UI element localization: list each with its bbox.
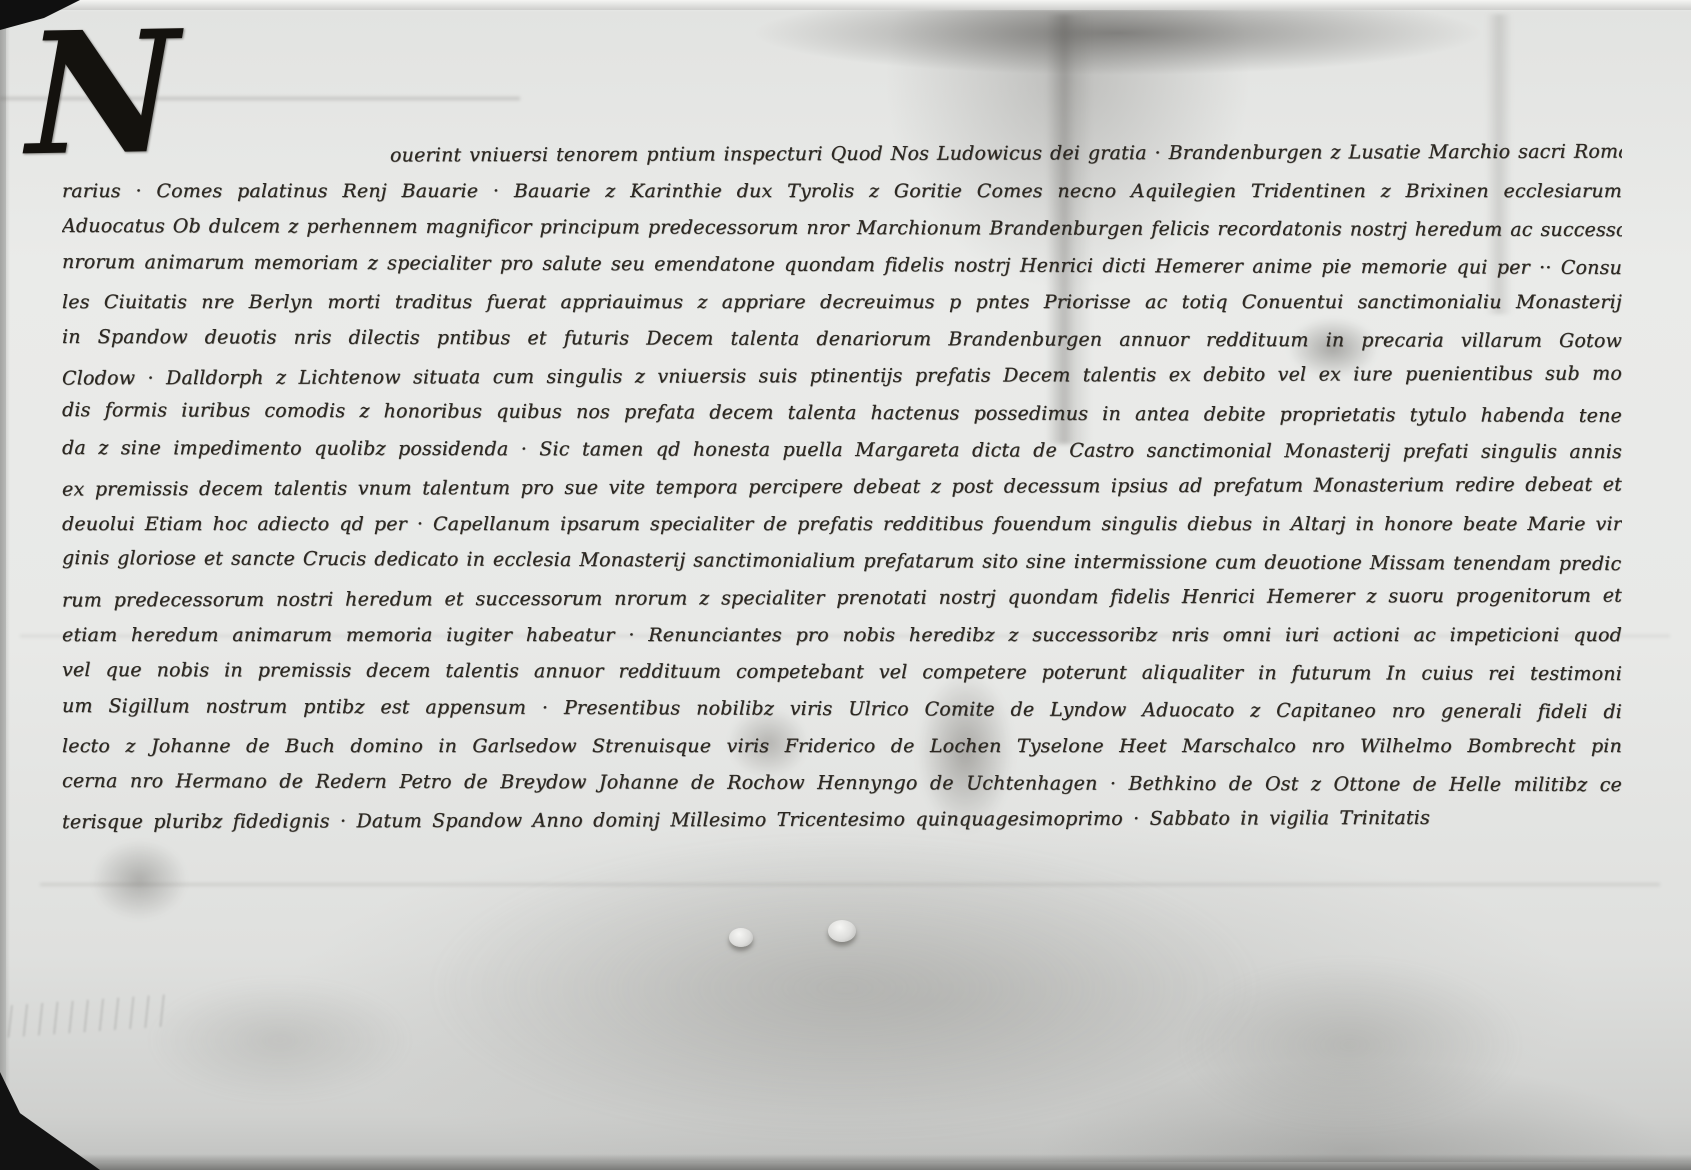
manuscript-line: cerna nro Hermano de Redern Petro de Bre… (62, 763, 1622, 804)
manuscript-line: in Spandow deuotis nris dilectis pntibus… (62, 319, 1622, 360)
charter-text: ouerint vniuersi tenorem pntium inspectu… (62, 136, 1622, 839)
parchment-hole (729, 928, 753, 947)
parchment-stain (430, 838, 1260, 1138)
manuscript-line: ouerint vniuersi tenorem pntium inspectu… (62, 134, 1622, 176)
manuscript-line: um Sigillum nostrum pntibz est appensum … (62, 688, 1622, 731)
photo-bottom-edge (0, 1154, 1691, 1170)
manuscript-line: terisque pluribz fidedignis · Datum Span… (62, 800, 1430, 841)
photo-left-edge (0, 0, 10, 1170)
manuscript-line: rarius · Comes palatinus Renj Bauarie · … (62, 173, 1622, 210)
manuscript-line: da z sine impedimento quolibz possidenda… (62, 430, 1622, 471)
manuscript-line: etiam heredum animarum memoria iugiter h… (62, 617, 1622, 654)
parchment-stain (150, 980, 410, 1100)
parchment-stain (92, 840, 187, 920)
manuscript-line: nrorum animarum memoriam z specialiter p… (62, 244, 1622, 287)
photo-top-edge (0, 0, 1691, 12)
manuscript-line: Clodow · Dalldorph z Lichtenow situata c… (62, 356, 1622, 398)
manuscript-line: rum predecessorum nostri heredum et succ… (62, 578, 1622, 620)
manuscript-line: lecto z Johanne de Buch domino in Garlse… (62, 728, 1622, 765)
manuscript-line: Aduocatus Ob dulcem z perhennem magnific… (62, 208, 1622, 249)
manuscript-line: vel que nobis in premissis decem talenti… (62, 652, 1622, 693)
parchment-hole (828, 920, 856, 942)
parchment-stain (1180, 960, 1520, 1130)
manuscript-line: deuolui Etiam hoc adiecto qd per · Capel… (62, 506, 1622, 543)
manuscript-line: les Ciuitatis nre Berlyn morti traditus … (62, 284, 1622, 321)
manuscript-line: dis formis iuribus comodis z honoribus q… (62, 392, 1622, 435)
manuscript-line: ginis gloriose et sancte Crucis dedicato… (62, 540, 1622, 583)
manuscript-line: ex premissis decem talentis vnum talentu… (62, 467, 1622, 509)
